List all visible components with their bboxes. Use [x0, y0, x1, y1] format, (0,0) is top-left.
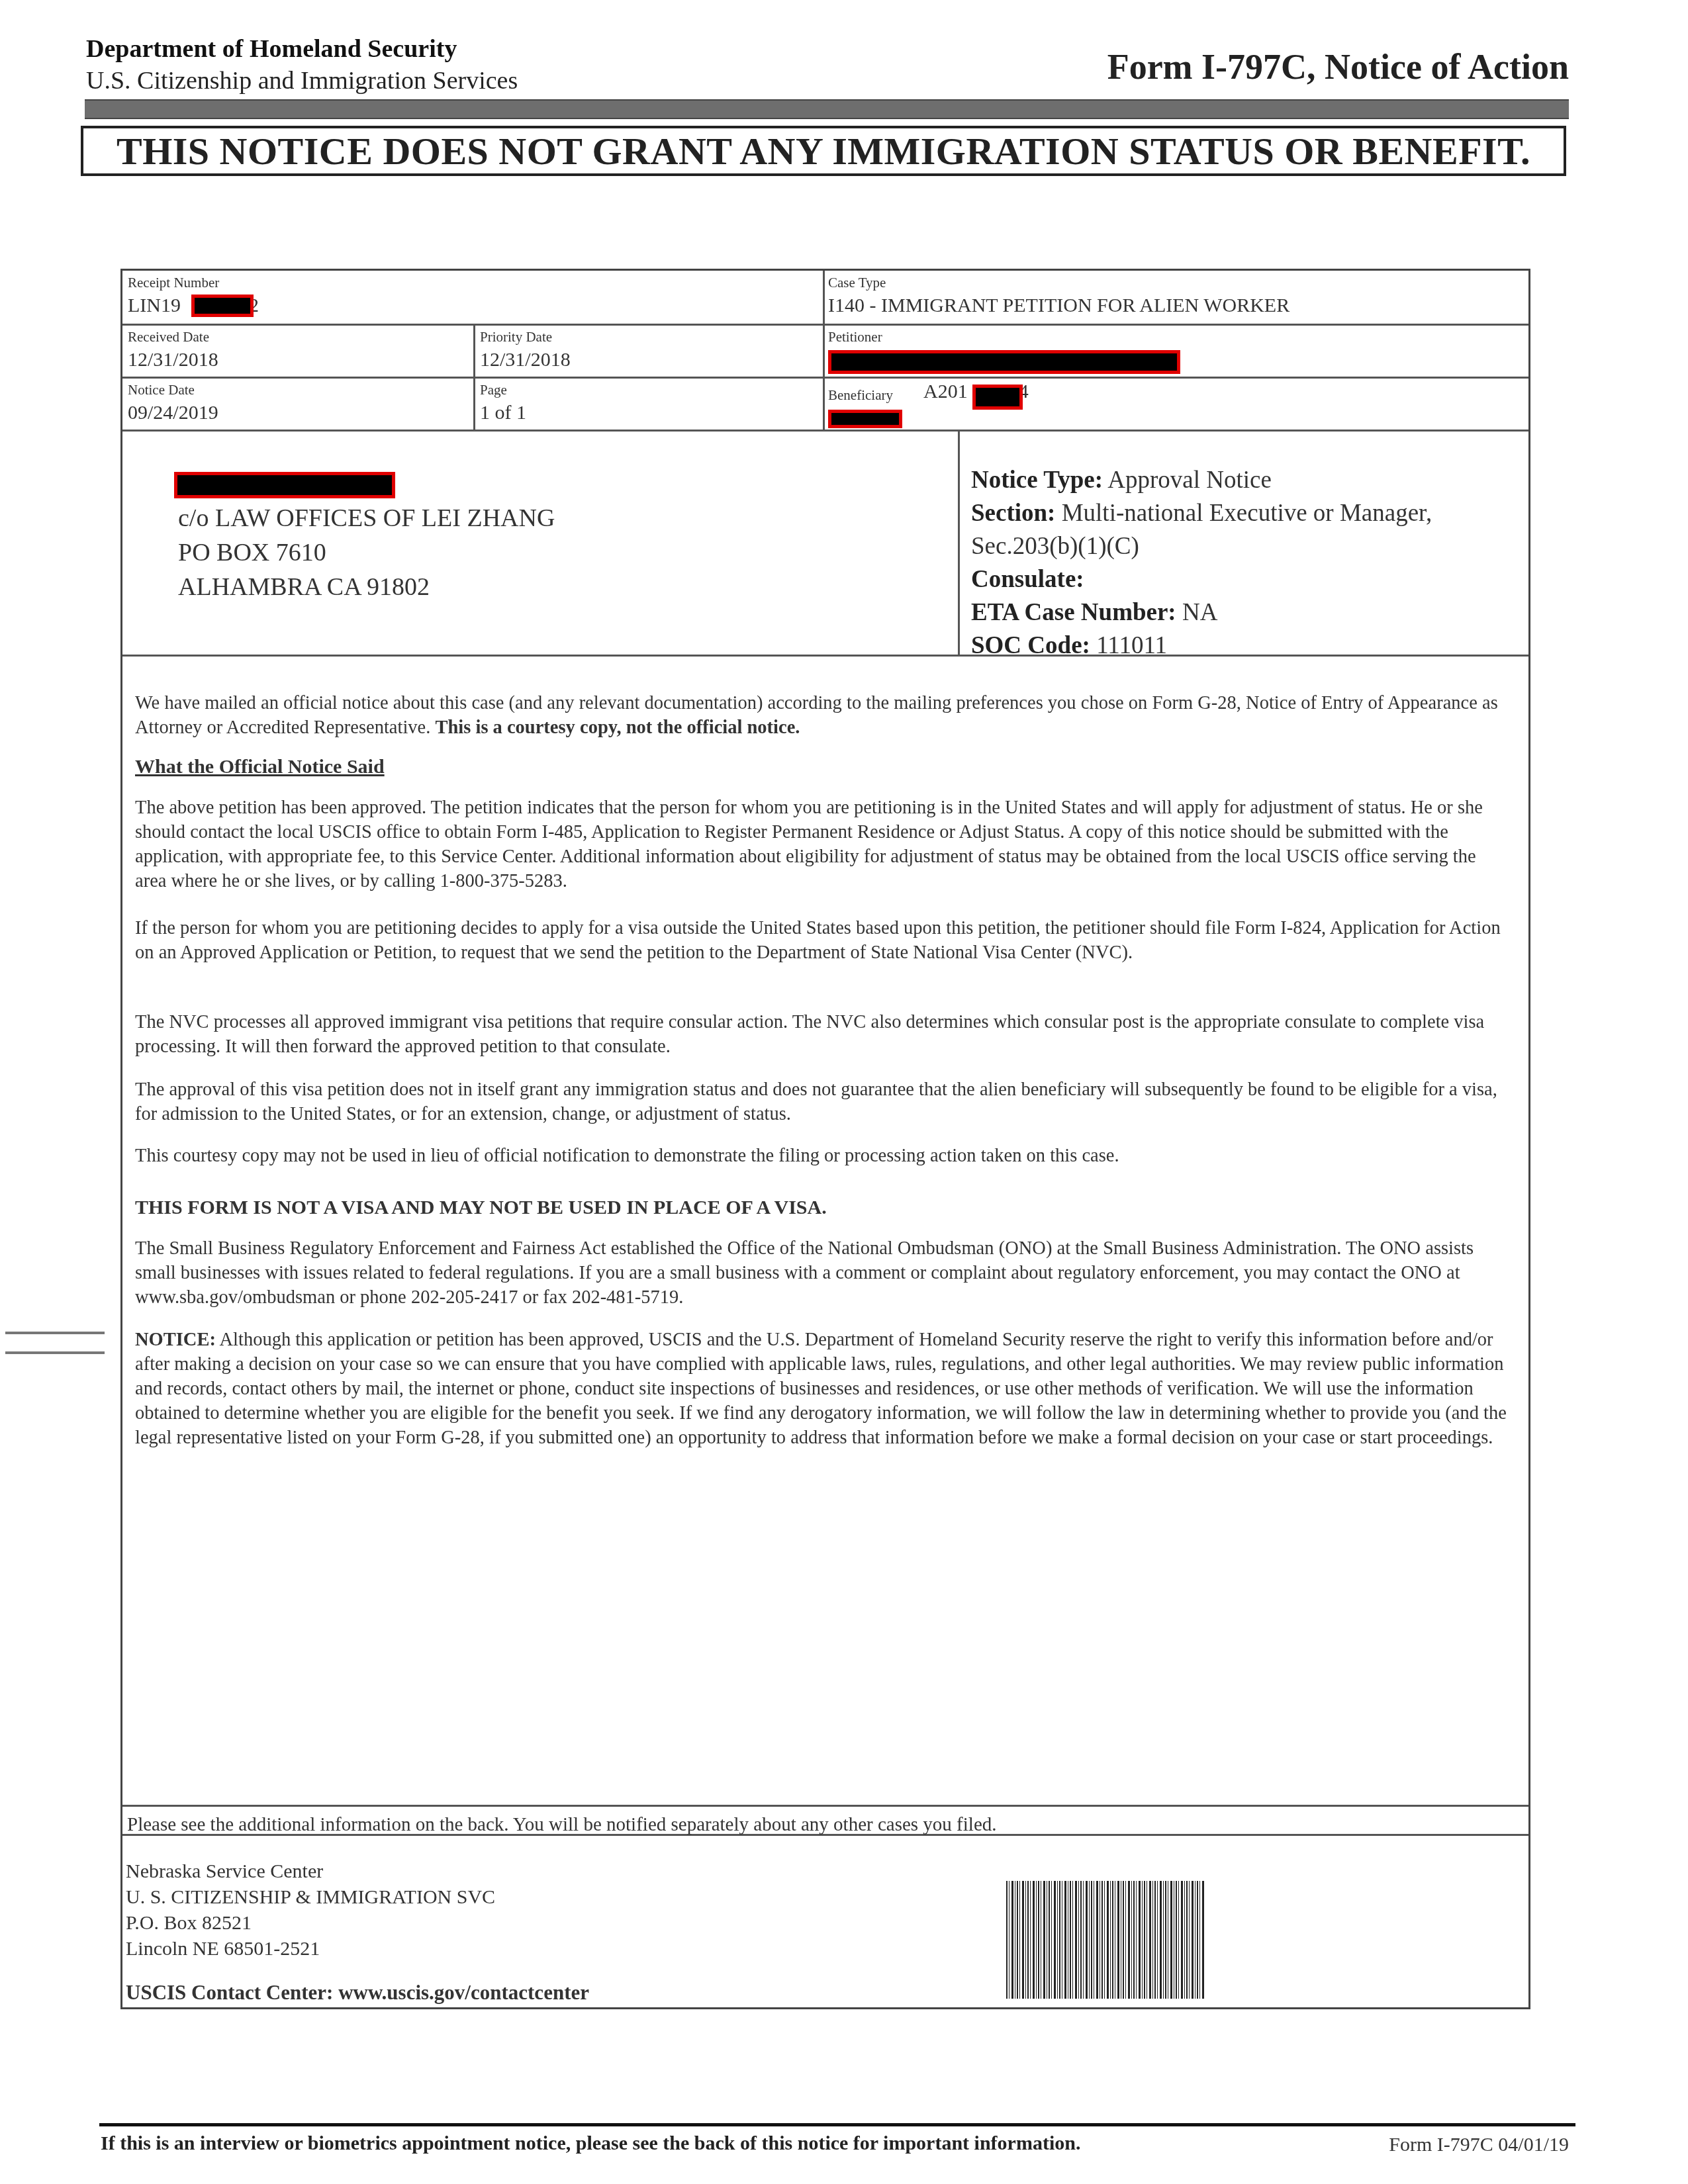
redaction-addressee-name — [174, 472, 395, 498]
grid-line — [122, 377, 1528, 379]
redaction-a-number — [972, 385, 1023, 410]
case-type-value: I140 - IMMIGRANT PETITION FOR ALIEN WORK… — [828, 295, 1289, 317]
address-line: c/o LAW OFFICES OF LEI ZHANG — [178, 501, 555, 535]
section-row-2: Sec.203(b)(1)(C) — [971, 530, 1432, 563]
agency-name: Department of Homeland Security — [86, 34, 457, 64]
notice-date-label: Notice Date — [128, 382, 195, 398]
grid-line — [823, 271, 825, 430]
notice-type-label: Notice Type: — [971, 467, 1103, 494]
margin-mark — [5, 1332, 105, 1334]
grid-line — [122, 324, 1528, 326]
section-label: Section: — [971, 500, 1055, 527]
notice-form-frame: Receipt Number LIN1982 Case Type I140 - … — [120, 269, 1530, 2009]
eta-label: ETA Case Number: — [971, 599, 1176, 626]
beneficiary-label: Beneficiary — [828, 387, 893, 404]
grid-line — [122, 1805, 1528, 1807]
priority-date-value: 12/31/2018 — [480, 349, 571, 371]
eta-value: NA — [1182, 599, 1217, 626]
body-paragraph: This courtesy copy may not be used in li… — [135, 1144, 1512, 1168]
soc-label: SOC Code: — [971, 632, 1090, 659]
receipt-number-label: Receipt Number — [128, 275, 219, 291]
redaction-beneficiary-name — [828, 410, 902, 428]
grid-line — [122, 430, 1528, 432]
margin-mark — [5, 1351, 105, 1354]
sub-agency-name: U.S. Citizenship and Immigration Service… — [86, 66, 518, 95]
notice-info: Notice Type: Approval Notice Section: Mu… — [971, 464, 1432, 662]
not-a-visa-statement: THIS FORM IS NOT A VISA AND MAY NOT BE U… — [135, 1195, 1512, 1220]
sbrefa-paragraph: The Small Business Regulatory Enforcemen… — [135, 1236, 1512, 1310]
body-paragraph: The above petition has been approved. Th… — [135, 796, 1512, 893]
form-title: Form I-797C, Notice of Action — [1107, 46, 1569, 87]
contact-center-link[interactable]: USCIS Contact Center: www.uscis.gov/cont… — [126, 1981, 589, 2005]
service-center-address: Nebraska Service Center U. S. CITIZENSHI… — [126, 1858, 495, 1962]
page-label: Page — [480, 382, 507, 398]
service-center-line: U. S. CITIZENSHIP & IMMIGRATION SVC — [126, 1884, 495, 1910]
section-value: Multi-national Executive or Manager, — [1062, 500, 1432, 527]
soc-value: 111011 — [1096, 632, 1167, 659]
mailing-address: c/o LAW OFFICES OF LEI ZHANG PO BOX 7610… — [178, 501, 555, 604]
a-number-prefix: A201 — [923, 381, 968, 402]
receipt-number-prefix: LIN19 — [128, 295, 181, 316]
page-value: 1 of 1 — [480, 402, 526, 424]
service-center-line: Lincoln NE 68501-2521 — [126, 1936, 495, 1962]
notice-label: NOTICE: — [135, 1330, 216, 1350]
warning-banner: THIS NOTICE DOES NOT GRANT ANY IMMIGRATI… — [81, 126, 1566, 176]
body-paragraph: If the person for whom you are petitioni… — [135, 916, 1512, 965]
case-type-label: Case Type — [828, 275, 886, 291]
section-heading: What the Official Notice Said — [135, 754, 1512, 779]
redaction-receipt-number — [191, 295, 254, 317]
notice-paragraph: NOTICE: Although this application or pet… — [135, 1328, 1512, 1450]
notice-date-value: 09/24/2019 — [128, 402, 218, 424]
intro-paragraph: We have mailed an official notice about … — [135, 691, 1512, 740]
received-date-value: 12/31/2018 — [128, 349, 218, 371]
appointment-note: If this is an interview or biometrics ap… — [101, 2132, 1080, 2155]
form-edition: Form I-797C 04/01/19 — [1389, 2134, 1569, 2156]
priority-date-label: Priority Date — [480, 329, 552, 345]
redaction-petitioner — [828, 350, 1180, 374]
barcode-icon — [1006, 1881, 1205, 1999]
address-line: ALHAMBRA CA 91802 — [178, 570, 555, 604]
body-paragraph: The NVC processes all approved immigrant… — [135, 1010, 1512, 1059]
grid-line — [473, 324, 475, 430]
service-center-line: Nebraska Service Center — [126, 1858, 495, 1884]
soc-row: SOC Code: 111011 — [971, 629, 1432, 662]
header-divider-bar — [85, 99, 1569, 119]
consulate-label: Consulate: — [971, 566, 1084, 593]
consulate-row: Consulate: — [971, 563, 1432, 596]
notice-type-row: Notice Type: Approval Notice — [971, 464, 1432, 497]
body-paragraph: The approval of this visa petition does … — [135, 1077, 1512, 1126]
section-row: Section: Multi-national Executive or Man… — [971, 497, 1432, 530]
received-date-label: Received Date — [128, 329, 209, 345]
bottom-rule — [99, 2123, 1575, 2126]
notice-type-value: Approval Notice — [1107, 467, 1272, 494]
petitioner-label: Petitioner — [828, 329, 882, 345]
address-line: PO BOX 7610 — [178, 535, 555, 570]
service-center-line: P.O. Box 82521 — [126, 1910, 495, 1936]
grid-line — [958, 430, 960, 655]
intro-bold-text: This is a courtesy copy, not the officia… — [435, 717, 800, 738]
additional-info-note: Please see the additional information on… — [127, 1814, 997, 1836]
eta-row: ETA Case Number: NA — [971, 596, 1432, 629]
intro-text: We have mailed an official notice about … — [135, 693, 1498, 738]
notice-text: Although this application or petition ha… — [135, 1330, 1507, 1448]
